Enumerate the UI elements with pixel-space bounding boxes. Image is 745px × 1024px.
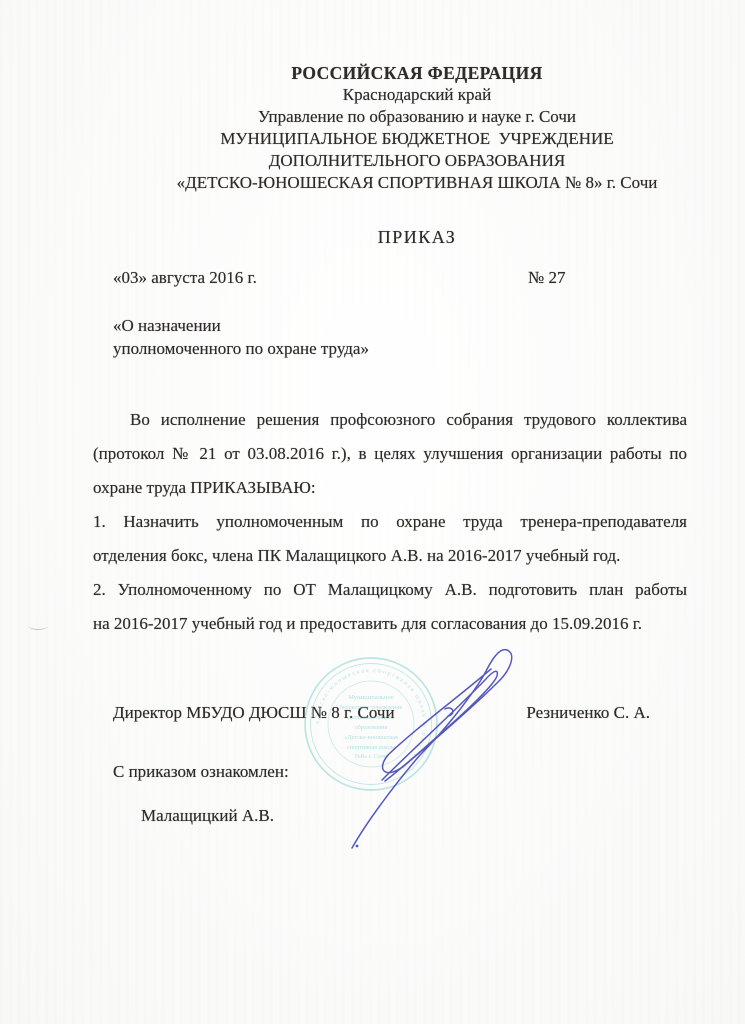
letterhead-line-region: Краснодарский край [92, 84, 742, 106]
body-line: 1. Назначить уполномоченным по охране тр… [93, 505, 687, 539]
letterhead-line-institution-1: МУНИЦИПАЛЬНОЕ БЮДЖЕТНОЕ УЧРЕЖДЕНИЕ [92, 128, 742, 150]
body-line: охране труда ПРИКАЗЫВАЮ: [93, 471, 687, 505]
order-subject-line-2: уполномоченного по охране труда» [113, 338, 533, 361]
acknowledged-label: С приказом ознакомлен: [113, 762, 289, 782]
margin-pencil-mark [28, 621, 48, 630]
letterhead: РОССИЙСКАЯ ФЕДЕРАЦИЯ Краснодарский край … [92, 62, 742, 194]
letterhead-line-federation: РОССИЙСКАЯ ФЕДЕРАЦИЯ [92, 62, 742, 84]
body-line: Во исполнение решения профсоюзного собра… [93, 403, 687, 437]
letterhead-line-school: «ДЕТСКО-ЮНОШЕСКАЯ СПОРТИВНАЯ ШКОЛА № 8» … [92, 172, 742, 194]
director-handwritten-signature [320, 620, 570, 870]
order-meta-row: «03» августа 2016 г. № 27 [113, 268, 688, 292]
order-date: «03» августа 2016 г. [113, 268, 257, 288]
letterhead-line-department: Управление по образованию и науке г. Соч… [92, 106, 742, 128]
order-body: Во исполнение решения профсоюзного собра… [93, 403, 687, 641]
signature-ink-dot [356, 845, 359, 848]
acknowledged-name: Малащицкий А.В. [141, 806, 274, 826]
signature-inner-loop [382, 671, 497, 781]
document-title: ПРИКАЗ [92, 227, 742, 248]
order-subject: «О назначении уполномоченного по охране … [113, 315, 533, 360]
signature-main-stroke [352, 650, 512, 848]
order-subject-line-1: «О назначении [113, 315, 533, 338]
order-number: № 27 [528, 268, 565, 288]
body-line: отделения бокс, члена ПК Малащицкого А.В… [93, 539, 687, 573]
letterhead-line-institution-2: ДОПОЛНИТЕЛЬНОГО ОБРАЗОВАНИЯ [92, 150, 742, 172]
scanned-order-document: РОССИЙСКАЯ ФЕДЕРАЦИЯ Краснодарский край … [0, 0, 745, 1024]
body-line: 2. Уполномоченному по ОТ Малащицкому А.В… [93, 573, 687, 607]
body-line: (протокол № 21 от 03.08.2016 г.), в целя… [93, 437, 687, 471]
